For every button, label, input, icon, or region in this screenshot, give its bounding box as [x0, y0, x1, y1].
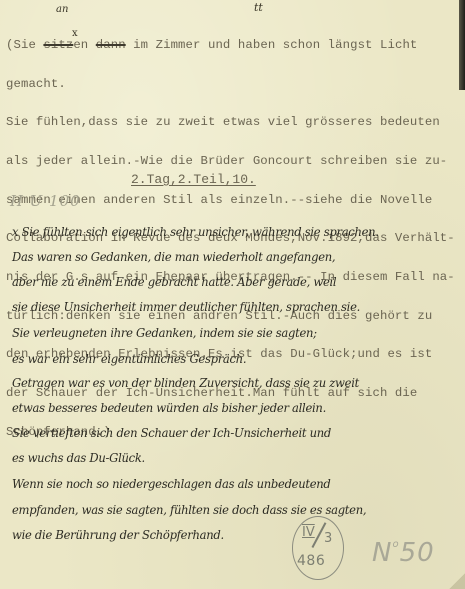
- typed-text: en: [73, 38, 95, 52]
- archive-stamp: IV 3 486: [292, 516, 344, 580]
- folio-number: No50: [372, 538, 435, 568]
- handwritten-line: empfanden, was sie sagten, fühlten sie d…: [12, 503, 366, 517]
- handwritten-line: es war ein sehr eigentümliches Gespräch.: [12, 352, 246, 366]
- typed-text: im Zimmer und ha: [126, 38, 253, 52]
- handwritten-line: etwas besseres bedeuten würden als bishe…: [12, 401, 326, 415]
- handwritten-line: sie diese Unsicherheit immer deutlicher …: [12, 300, 360, 314]
- handwritten-line: x Sie fühlten sich eigentlich sehr unsic…: [12, 225, 379, 239]
- handwritten-line: Wenn sie noch so niedergeschlagen das al…: [12, 477, 331, 491]
- stamp-volume: IV: [302, 525, 315, 540]
- typed-text: en schon längst Licht: [260, 38, 417, 52]
- typed-text: (Sie: [6, 38, 43, 52]
- handwritten-line: Getragen war es von der blinden Zuversic…: [12, 376, 359, 390]
- handwritten-line: aber nie zu einem Ende gebracht hatte. A…: [12, 275, 336, 289]
- handwritten-line: es wuchs das Du-Glück.: [12, 451, 145, 465]
- manuscript-page: an tt x (Sie sitzen dann im Zimmer und h…: [0, 0, 465, 589]
- pencil-archive-reference: II U 100: [10, 192, 81, 210]
- struck-text: dann: [96, 38, 126, 52]
- folio-superscript: o: [392, 539, 399, 550]
- typed-line: gemacht.: [6, 78, 461, 91]
- stamp-number: 486: [297, 553, 325, 569]
- typed-line: Sie fühlen,dass sie zu zweit etwas viel …: [6, 116, 461, 129]
- typed-line: als jeder allein.-Wie die Brüder Goncour…: [6, 155, 461, 168]
- folio-value: 50: [400, 538, 435, 568]
- handwritten-line: Sie verleugneten ihre Gedanken, indem si…: [12, 326, 317, 340]
- section-heading: 2.Tag,2.Teil,10.: [131, 172, 256, 187]
- handwritten-line: wie die Berührung der Schöpferhand.: [12, 528, 224, 542]
- handwritten-line: Sie vertieften sich den Schauer der Ich-…: [12, 426, 331, 440]
- folio-prefix: N: [372, 538, 392, 568]
- typed-line-1: (Sie sitzen dann im Zimmer und haben sch…: [6, 39, 461, 52]
- handwritten-line: Das waren so Gedanken, die man wiederhol…: [12, 250, 335, 264]
- struck-text: sitz: [43, 38, 73, 52]
- page-corner: [445, 569, 465, 589]
- stamp-part: 3: [324, 531, 332, 546]
